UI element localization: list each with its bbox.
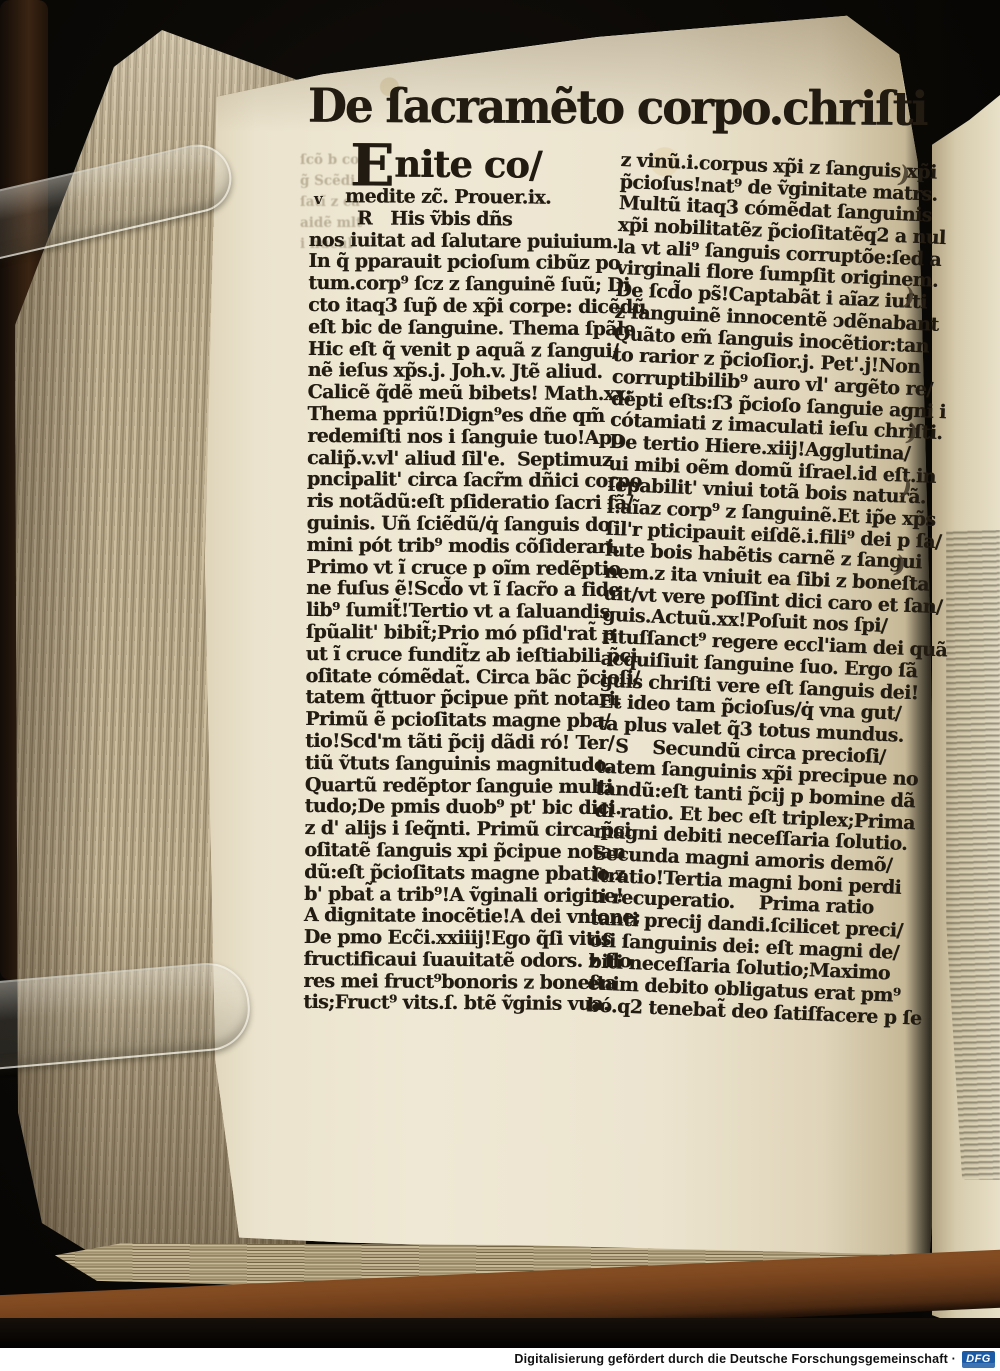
digitization-credit-bar: Digitalisierung gefördert durch die Deut… bbox=[0, 1348, 1000, 1371]
bottom-shadow bbox=[0, 1318, 1000, 1352]
text-line: eſt bic de ſanguine. Thema ſpãle bbox=[308, 317, 620, 341]
text-line: guinis. Uñ ſciẽdũ/q̇ ſanguis do bbox=[307, 513, 619, 537]
text-line: tio!Scd'm tãti p̃cij dãdi ró! Ter/ bbox=[305, 731, 617, 755]
text-line: R His ṽbis dñs bbox=[309, 208, 621, 232]
page-title: De ſacramẽto corpo.chriſti bbox=[308, 78, 898, 136]
text-line: tiũ ṽtuts ſanguinis magnitudo. bbox=[305, 753, 617, 777]
credit-text: Digitalisierung gefördert durch die Deut… bbox=[514, 1352, 956, 1366]
text-line: oſitatẽ ſanguis xpi p̃cipue notan bbox=[304, 840, 616, 864]
drop-cap-line: Enite co/ bbox=[350, 141, 542, 190]
text-column-right: z vinũ.i.corpus xp̃i z ſanguis xp̃ip̃cio… bbox=[586, 150, 921, 1029]
text-column-left: medite zc̃. Prouer.ix. R His ṽbis dñsnos… bbox=[303, 186, 621, 1016]
text-line: fructificaui ſuauitatẽ odors. z flo bbox=[304, 949, 616, 973]
text-line: mini pót trib⁹ modis cõſiderari. bbox=[306, 535, 618, 559]
dfg-logo: DFG bbox=[962, 1351, 995, 1368]
text-line: ſpũalit' bibit̃;Prio mó pſid'rat̃ p bbox=[306, 622, 618, 646]
scanned-book-photo: ſcõ b cog̃ Scẽdiſatĩ z cãaidẽ mlti nucul… bbox=[0, 0, 1000, 1371]
text-line: tis;Fruct⁹ vits.ſ. btẽ ṽginis vua. bbox=[303, 992, 615, 1016]
text-line: ut ĩ cruce fundit̃z ab ieſtiabili p̃ci bbox=[306, 644, 618, 668]
drop-cap-rest: nite co/ bbox=[394, 142, 542, 187]
text-line: redemiſti nos i ſanguie tuo!Apo bbox=[307, 426, 619, 450]
text-line: dũ:eſt p̃cioſitats magne pbatio.z bbox=[304, 862, 616, 886]
